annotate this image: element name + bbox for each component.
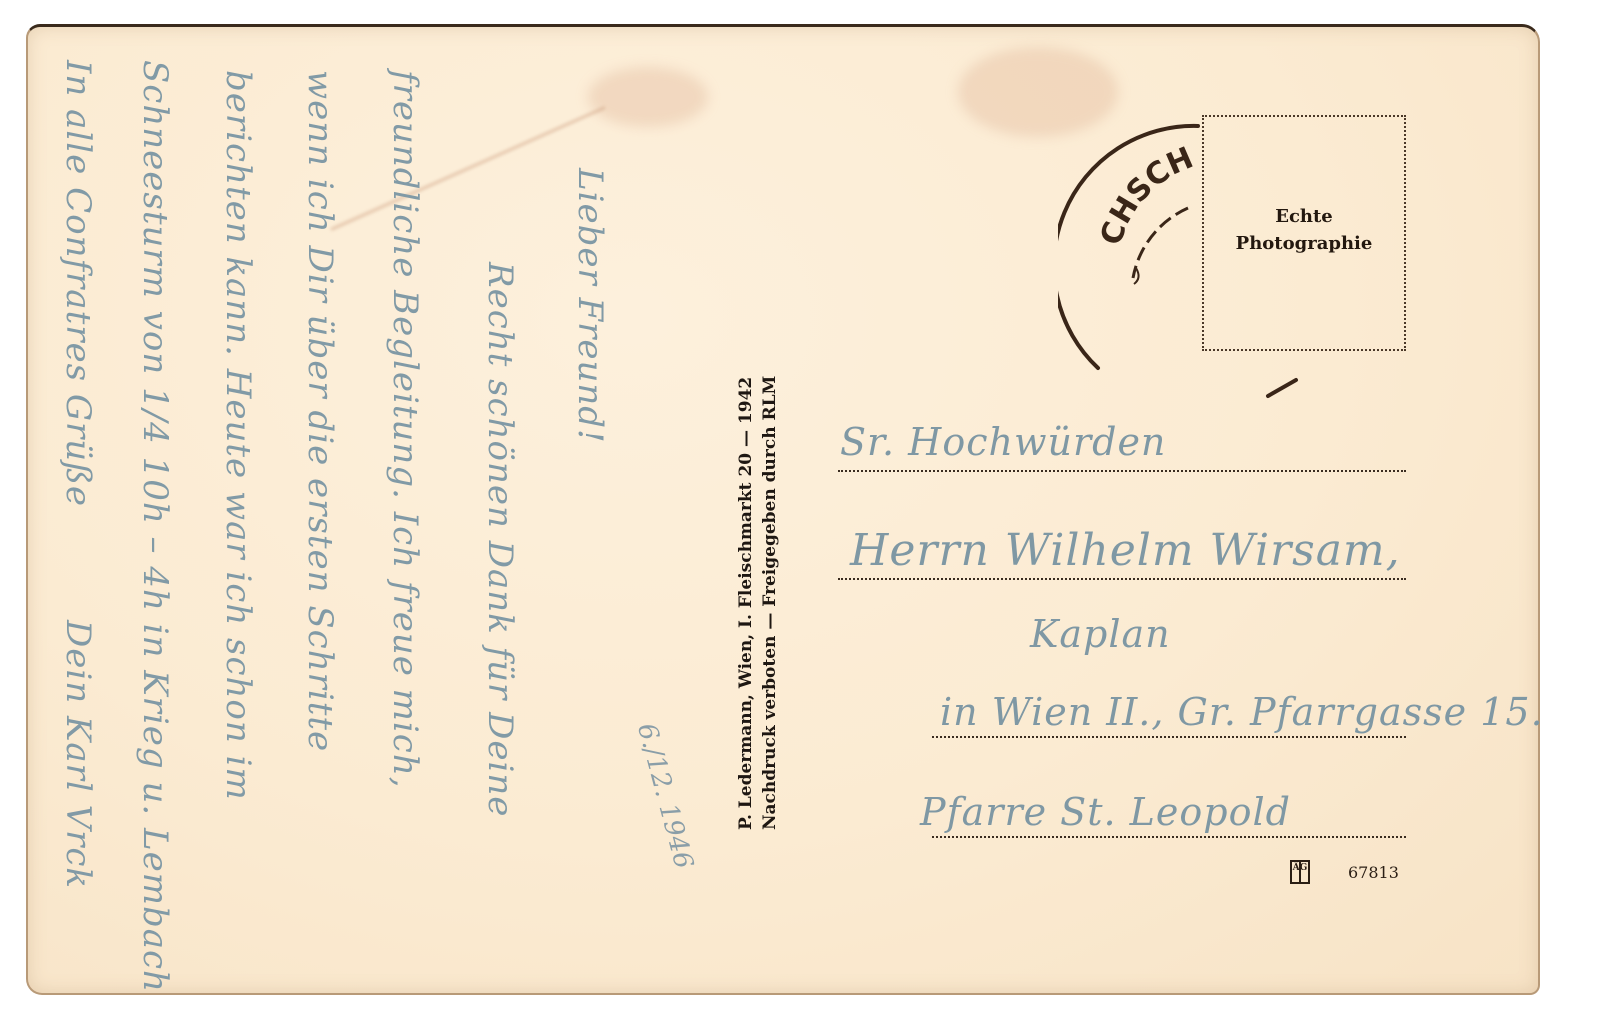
address-line-5: Pfarre St. Leopold bbox=[920, 790, 1291, 834]
stamp-placement-box: Echte Photographie bbox=[1202, 115, 1406, 351]
age-stain bbox=[588, 67, 708, 127]
address-rule bbox=[838, 470, 1406, 472]
message-line: Recht schönen Dank für Deine bbox=[480, 262, 520, 817]
stamp-box-label-1: Echte bbox=[1275, 203, 1333, 230]
address-line-4: in Wien II., Gr. Pfarrgasse 15. bbox=[940, 690, 1544, 734]
message-line: In alle Confratres Grüße bbox=[58, 60, 98, 507]
card-code: ÄG 67813 bbox=[1290, 860, 1399, 884]
address-line-2: Herrn Wilhelm Wirsam, bbox=[850, 525, 1401, 576]
publisher-line-1: P. Ledermann, Wien, I. Fleischmarkt 20 —… bbox=[736, 377, 756, 830]
message-line: freundliche Begleitung. Ich freue mich, bbox=[385, 70, 425, 789]
address-rule bbox=[838, 578, 1406, 580]
publisher-line-2: Nachdruck verboten — Freigegeben durch R… bbox=[760, 376, 780, 830]
address-line-3: Kaplan bbox=[1030, 612, 1171, 656]
message-line: Schneesturm von 1/4 10h – 4h in Krieg u.… bbox=[135, 60, 175, 993]
publisher-imprint: P. Ledermann, Wien, I. Fleischmarkt 20 —… bbox=[730, 200, 790, 820]
card-number: 67813 bbox=[1348, 863, 1399, 882]
address-line-1: Sr. Hochwürden bbox=[840, 420, 1166, 464]
address-rule bbox=[932, 836, 1406, 838]
stamp-box-label-2: Photographie bbox=[1236, 230, 1373, 257]
message-line: berichten kann. Heute war ich schon im bbox=[218, 70, 258, 801]
address-rule bbox=[932, 736, 1406, 738]
message-salutation: Lieber Freund! bbox=[570, 168, 610, 444]
publisher-logo-icon: ÄG bbox=[1290, 860, 1310, 884]
message-line: wenn ich Dir über die ersten Schritte bbox=[300, 70, 340, 752]
message-signature: Dein Karl Vrck bbox=[58, 620, 98, 889]
crease-mark bbox=[330, 106, 605, 231]
svg-text:CHSCH: CHSCH bbox=[1094, 141, 1199, 250]
